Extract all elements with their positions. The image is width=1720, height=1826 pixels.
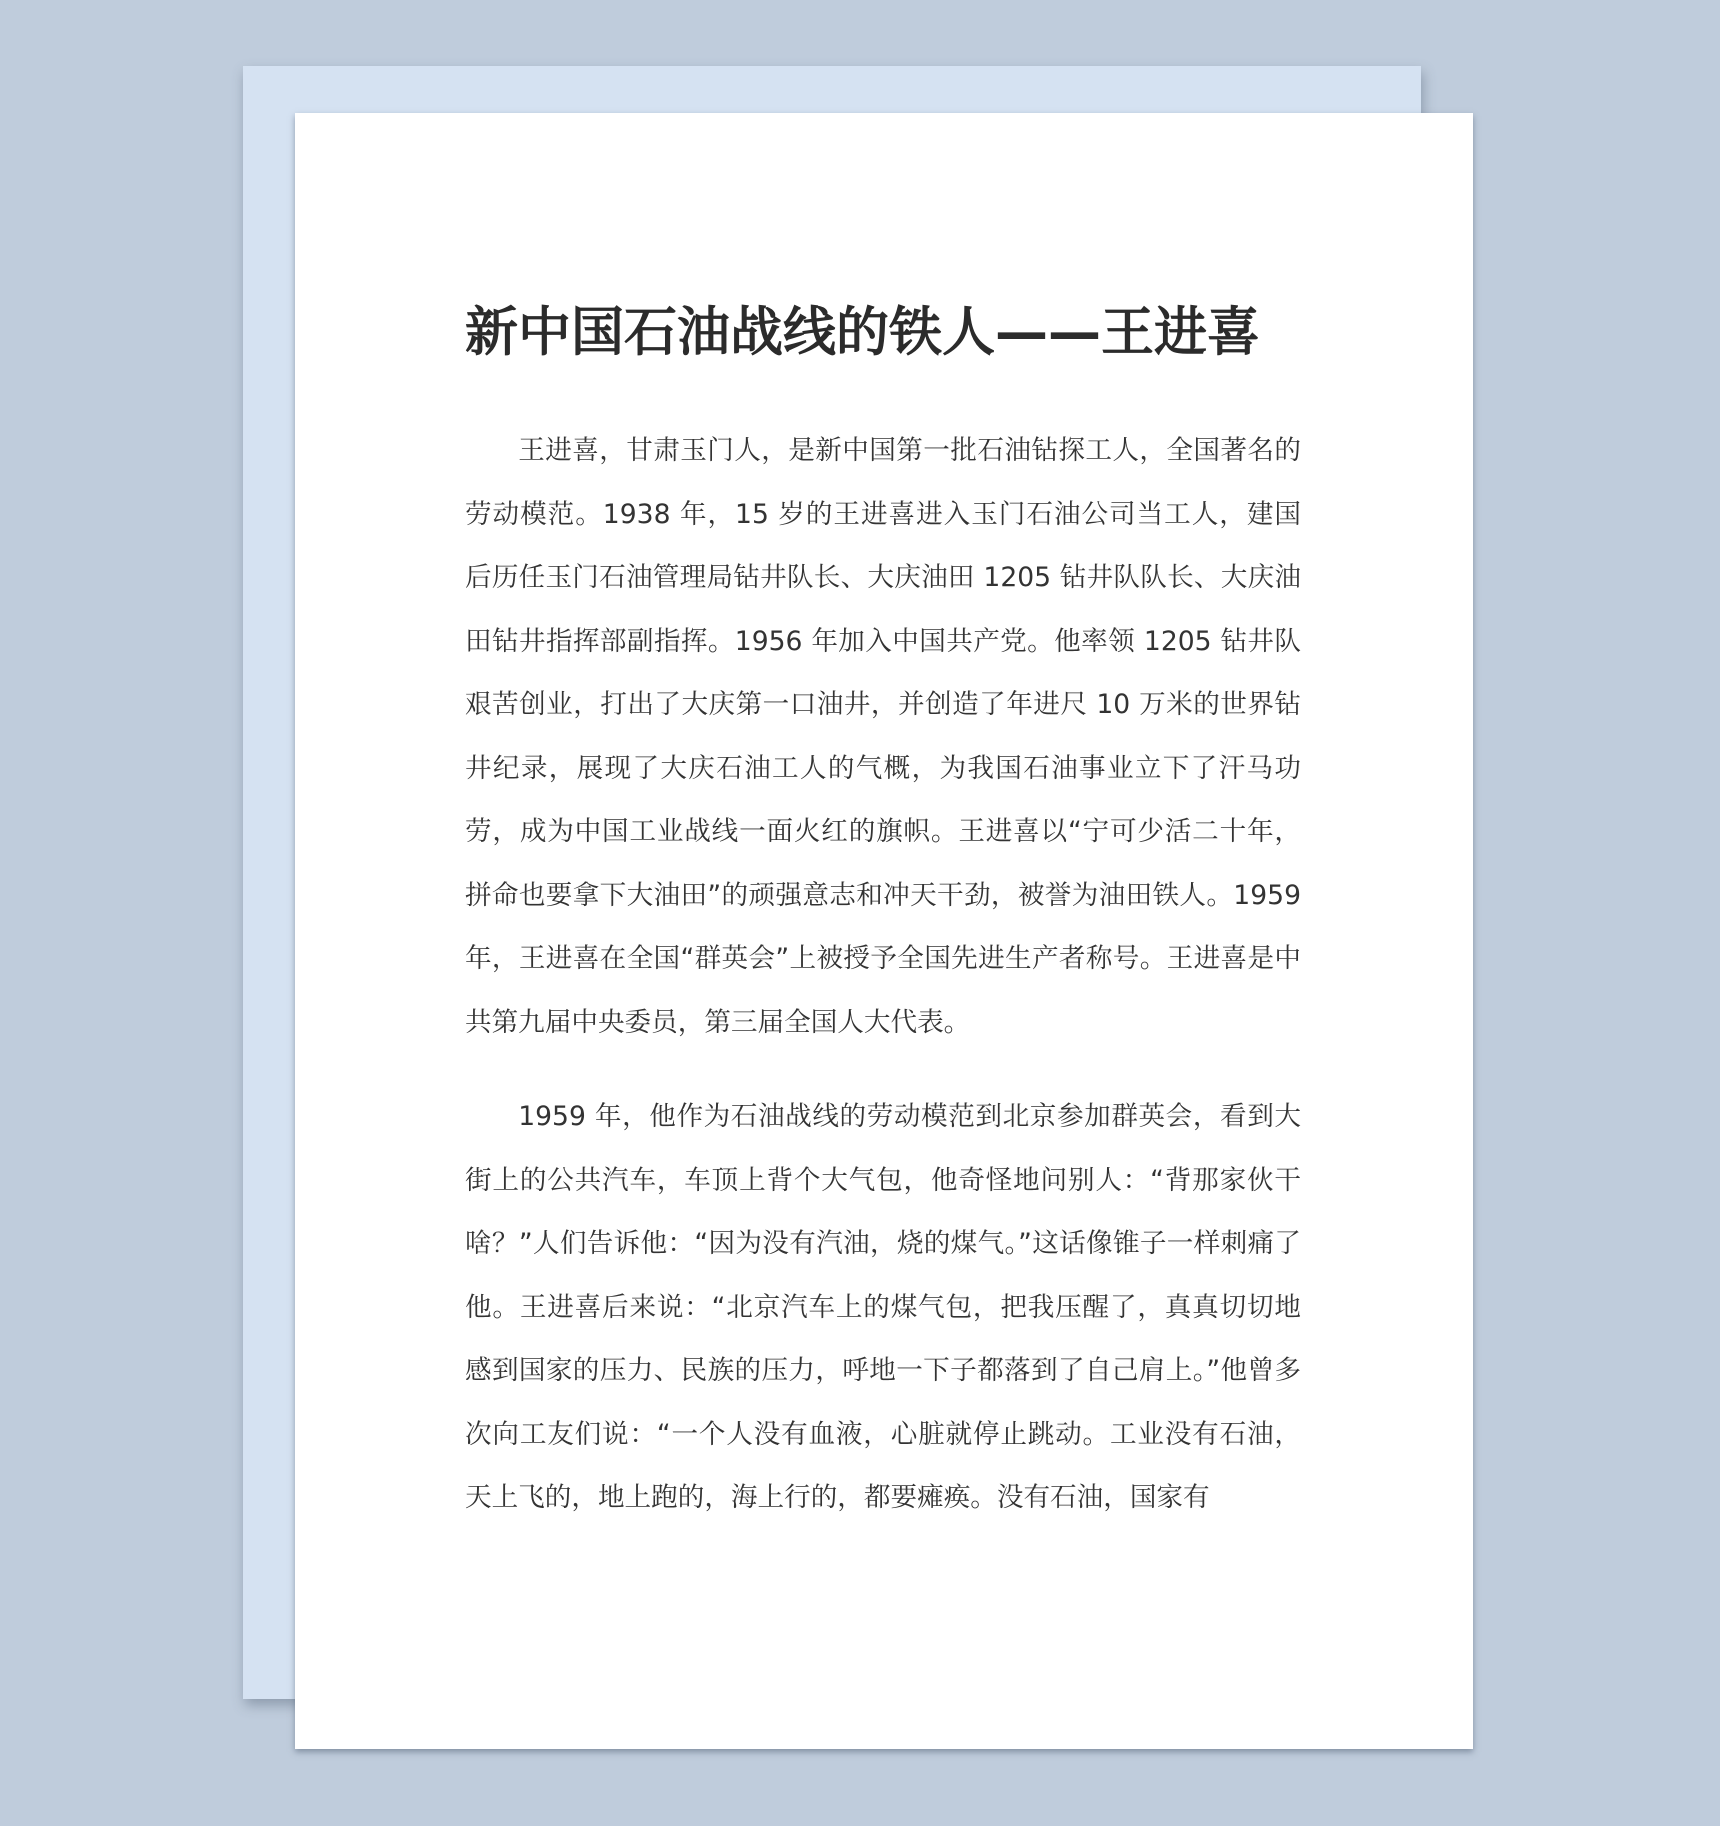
document-body: 王进喜，甘肃玉门人，是新中国第一批石油钻探工人，全国著名的劳动模范。1938 年…	[465, 419, 1301, 1561]
document-title: 新中国石油战线的铁人——王进喜	[465, 293, 1260, 373]
document-page: 新中国石油战线的铁人——王进喜 王进喜，甘肃玉门人，是新中国第一批石油钻探工人，…	[295, 113, 1473, 1749]
paragraph-biography: 王进喜，甘肃玉门人，是新中国第一批石油钻探工人，全国著名的劳动模范。1938 年…	[465, 419, 1301, 1054]
paragraph-beijing-visit: 1959 年，他作为石油战线的劳动模范到北京参加群英会，看到大街上的公共汽车，车…	[465, 1085, 1301, 1530]
